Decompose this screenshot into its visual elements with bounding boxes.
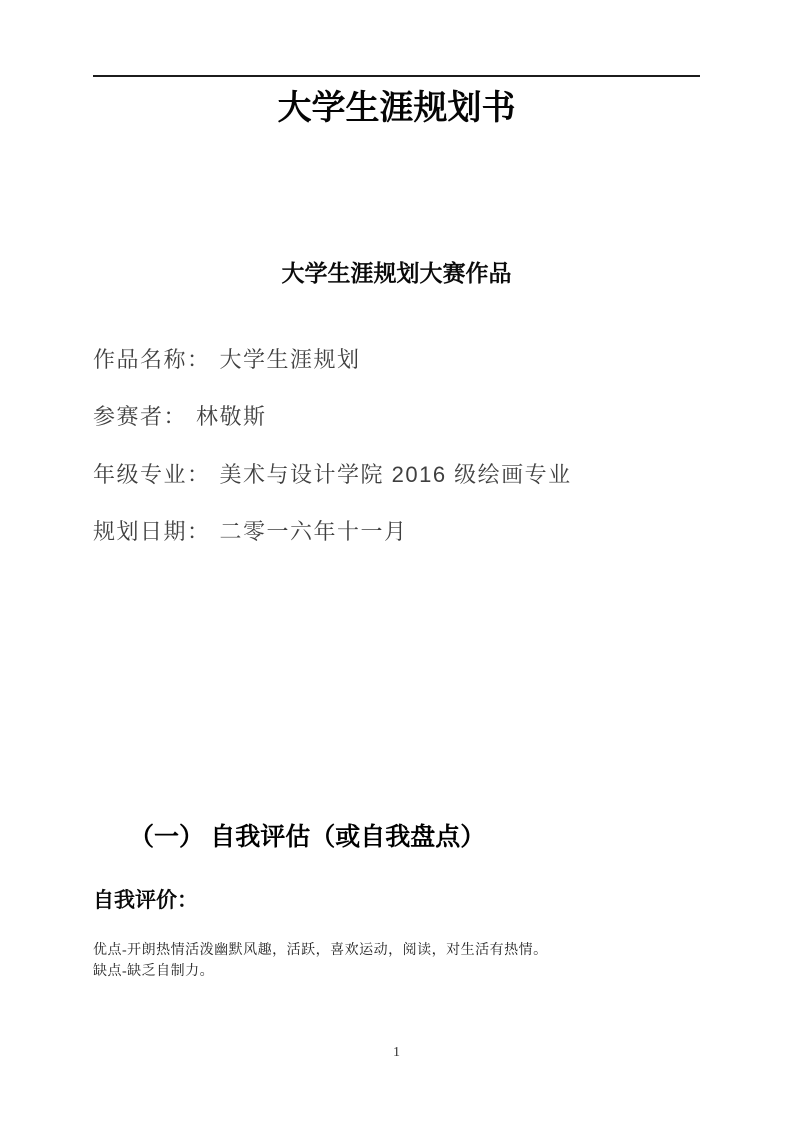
document-subtitle: 大学生涯规划大赛作品 bbox=[0, 260, 793, 287]
header-rule bbox=[93, 75, 700, 77]
field-contestant: 参赛者：林敬斯 bbox=[93, 404, 267, 430]
page-number: 1 bbox=[0, 1045, 793, 1061]
field-grade-major: 年级专业：美术与设计学院 2016 级绘画专业 bbox=[93, 462, 572, 488]
field-plan-date-label: 规划日期： bbox=[93, 519, 211, 544]
self-evaluation-line-weaknesses: 缺点-缺乏自制力。 bbox=[93, 961, 733, 982]
field-contestant-label: 参赛者： bbox=[93, 404, 187, 429]
field-work-name: 作品名称：大学生涯规划 bbox=[93, 347, 361, 373]
field-grade-major-label: 年级专业： bbox=[93, 462, 211, 487]
field-grade-major-value: 美术与设计学院 2016 级绘画专业 bbox=[220, 462, 572, 487]
field-contestant-value: 林敬斯 bbox=[196, 404, 267, 429]
self-evaluation-label: 自我评价： bbox=[93, 888, 198, 913]
field-plan-date-value: 二零一六年十一月 bbox=[220, 519, 408, 544]
field-plan-date: 规划日期：二零一六年十一月 bbox=[93, 519, 408, 545]
self-evaluation-line-strengths: 优点-开朗热情活泼幽默风趣，活跃，喜欢运动，阅读，对生活有热情。 bbox=[93, 940, 733, 961]
field-work-name-value: 大学生涯规划 bbox=[220, 347, 361, 372]
document-page: 大学生涯规划书 大学生涯规划大赛作品 作品名称：大学生涯规划 参赛者：林敬斯 年… bbox=[0, 0, 793, 1122]
field-work-name-label: 作品名称： bbox=[93, 347, 211, 372]
document-title: 大学生涯规划书 bbox=[0, 89, 793, 129]
self-evaluation-paragraph: 优点-开朗热情活泼幽默风趣，活跃，喜欢运动，阅读，对生活有热情。 缺点-缺乏自制… bbox=[93, 940, 733, 982]
section-heading-self-assessment: （一） 自我评估（或自我盘点） bbox=[129, 822, 485, 854]
